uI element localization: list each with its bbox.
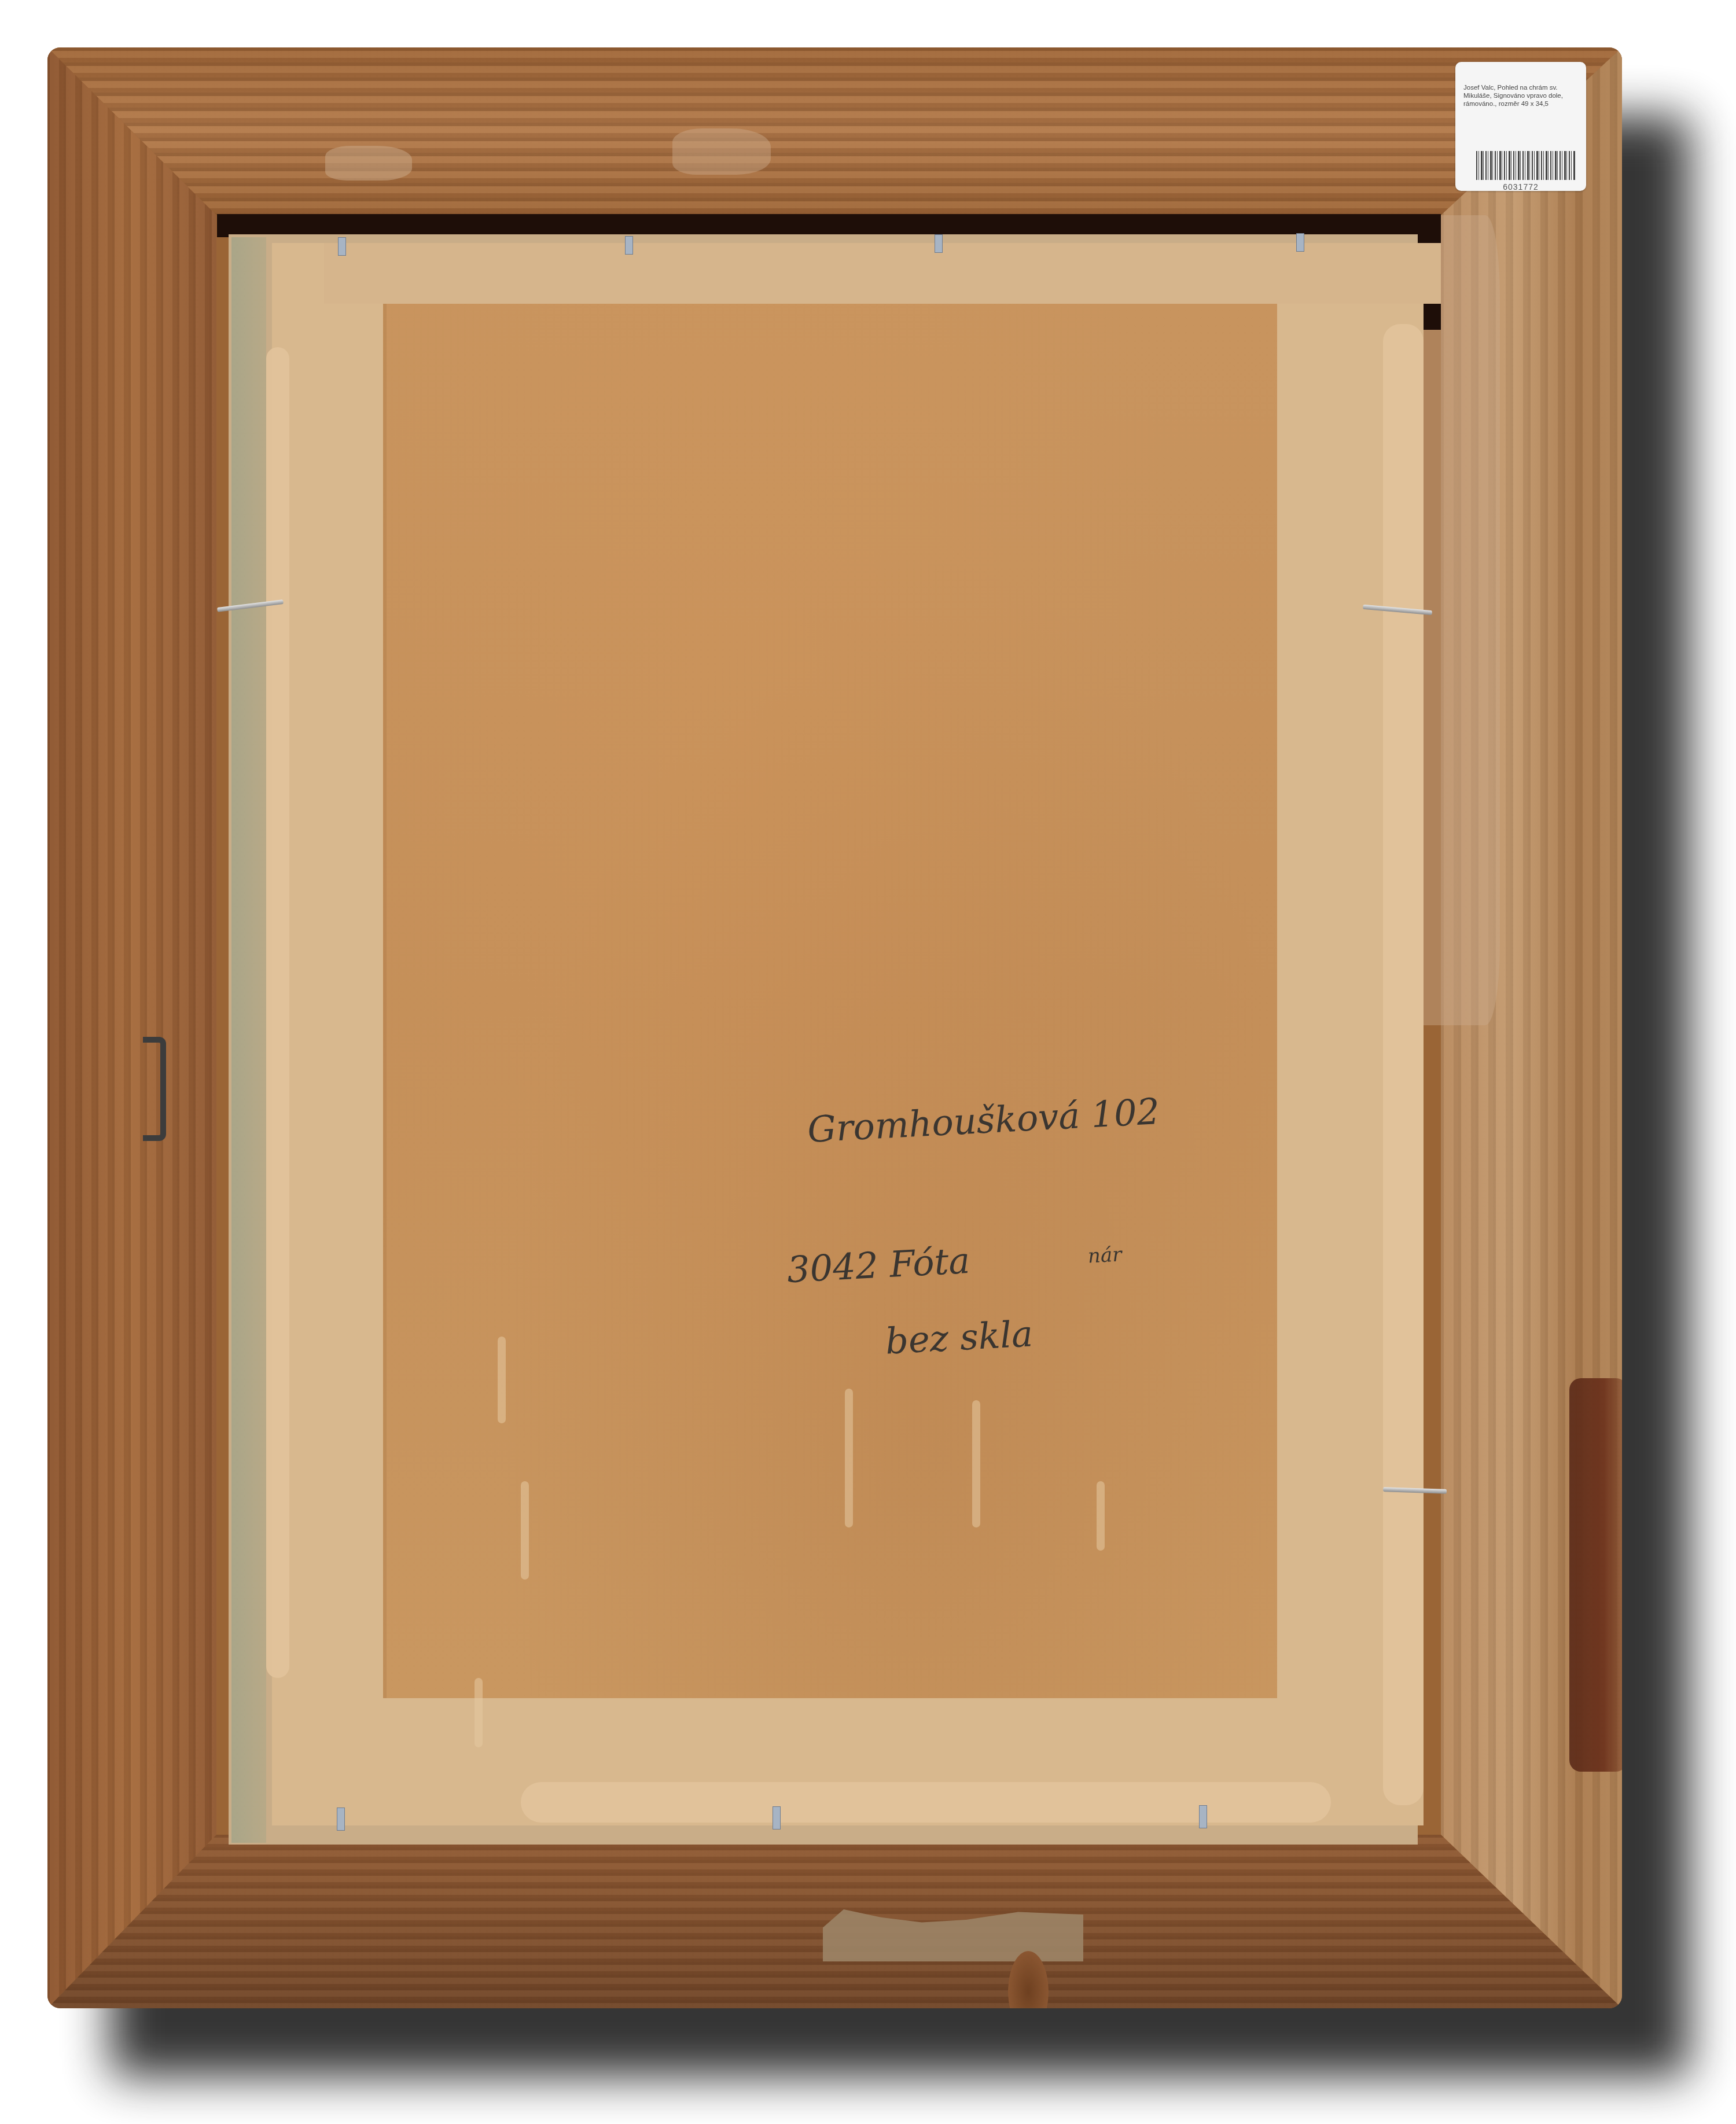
inventory-label: Josef Valc, Pohled na chrám sv. Mikuláše…: [1455, 62, 1586, 191]
torn-tape-edge: [1383, 324, 1424, 1805]
backing-edge-strip: [231, 237, 266, 1843]
backing-panel: [383, 304, 1277, 1698]
label-description: Josef Valc, Pohled na chrám sv. Mikuláše…: [1463, 84, 1582, 108]
glue-drip: [521, 1481, 529, 1580]
frame-top-rail: [47, 47, 1622, 215]
pencil-note-small: nár: [1087, 1243, 1122, 1268]
paper-tape-top: [324, 243, 1441, 304]
torn-tape-edge: [521, 1782, 1331, 1823]
glue-drip: [972, 1400, 980, 1527]
glue-drip: [1097, 1481, 1105, 1551]
staple: [625, 236, 633, 255]
torn-tape-edge: [266, 347, 289, 1678]
staple: [1296, 233, 1304, 252]
staple: [337, 1808, 345, 1831]
staple: [773, 1806, 781, 1829]
staple: [935, 234, 943, 253]
glue-drip: [845, 1389, 853, 1527]
staple: [338, 237, 346, 256]
glue-drip: [475, 1678, 483, 1747]
pencil-note-without-glass: bez skla: [884, 1312, 1033, 1362]
barcode-icon: [1476, 151, 1576, 180]
glue-drip: [498, 1337, 506, 1423]
frame-inner-gap: [217, 214, 1441, 237]
dark-stain: [1569, 1378, 1622, 1772]
hanging-hook-icon: [143, 1037, 166, 1141]
torn-paper-patch: [672, 128, 771, 175]
torn-paper-patch: [325, 146, 412, 181]
barcode-number: 6031772: [1455, 182, 1586, 192]
frame-left-rail: [47, 47, 216, 2008]
staple: [1199, 1805, 1207, 1828]
